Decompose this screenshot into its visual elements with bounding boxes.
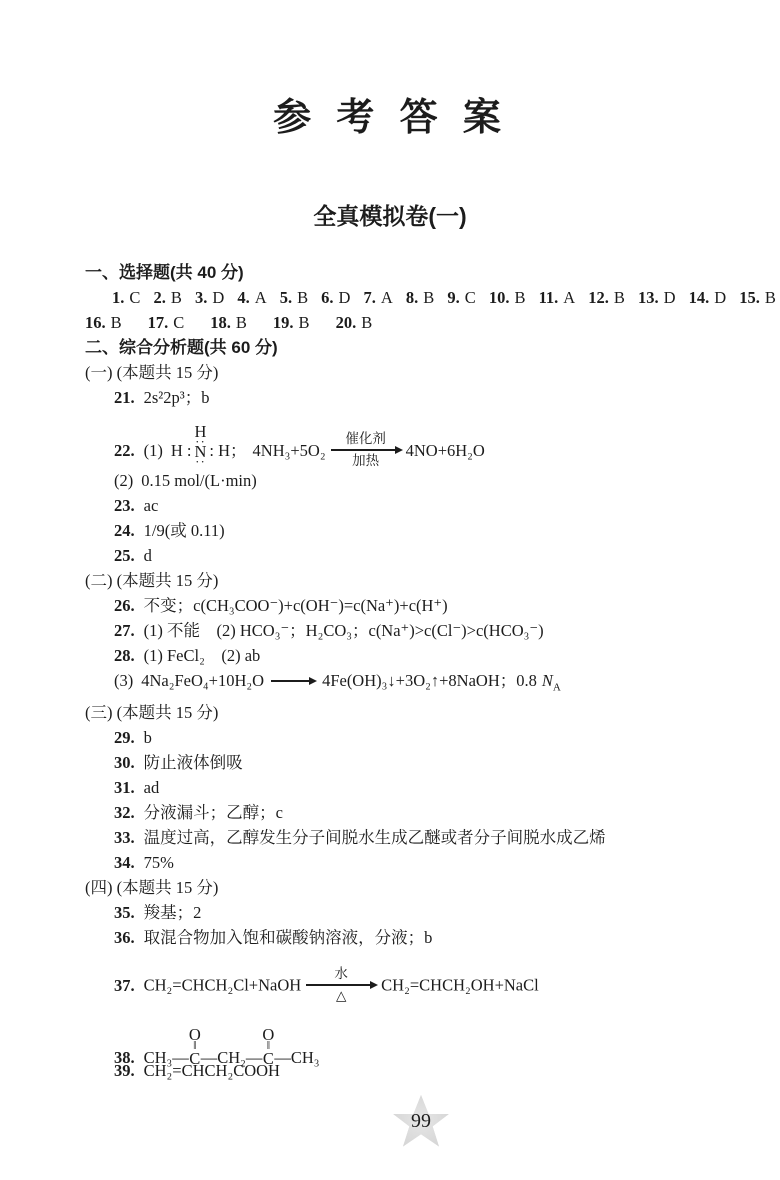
answer-36: 36.取混合物加入饱和碳酸钠溶液，分液；b [85, 925, 776, 950]
mc-number: 15. [739, 288, 760, 307]
answer-text: (1) FeCl₂ (2) ab [144, 646, 261, 665]
sub-question-label: (3) [114, 671, 133, 690]
mc-answer: 1.C [112, 285, 140, 310]
answer-text: 取混合物加入饱和碳酸钠溶液，分液；b [144, 928, 433, 947]
mc-answer: 7.A [364, 285, 393, 310]
answer-text: 分液漏斗；乙醇；c [144, 803, 283, 822]
answer-number: 35. [114, 903, 135, 922]
mc-answer: 12.B [588, 285, 625, 310]
mc-number: 12. [588, 288, 609, 307]
mc-answer: 15.B [739, 285, 776, 310]
mc-letter: D [714, 288, 726, 307]
part-2-heading: (二) (本题共 15 分) [85, 568, 776, 593]
answer-22-1: 22.(1)H :H··N··: H；4NH₃+5O₂催化剂加热4NO+6H₂O [85, 410, 776, 468]
mc-number: 10. [489, 288, 510, 307]
mc-letter: C [173, 313, 184, 332]
answer-text: 温度过高，乙醇发生分子间脱水生成乙醚或者分子间脱水成乙烯 [144, 828, 606, 847]
mc-answer: 4.A [237, 285, 266, 310]
answer-32: 32.分液漏斗；乙醇；c [85, 800, 776, 825]
sub-question-label: (2) [114, 471, 133, 490]
mc-letter: B [614, 288, 625, 307]
answer-28-12: 28.(1) FeCl₂ (2) ab [85, 643, 776, 668]
answer-number: 21. [114, 388, 135, 407]
answer-34: 34.75% [85, 850, 776, 875]
answer-number: 30. [114, 753, 135, 772]
answers-content: 一、选择题(共 40 分) 1.C 2.B 3.D 4.A 5.B 6.D 7.… [85, 260, 776, 1083]
mc-answer: 10.B [489, 285, 526, 310]
part-4-heading: (四) (本题共 15 分) [85, 875, 776, 900]
paper-title: 全真模拟卷(一) [0, 202, 780, 230]
mc-letter: B [171, 288, 182, 307]
mc-answer: 11.A [539, 285, 576, 310]
mc-answers-row-1: 1.C 2.B 3.D 4.A 5.B 6.D 7.A 8.B 9.C 10.B… [85, 285, 776, 310]
mc-letter: A [381, 288, 393, 307]
answer-number: 23. [114, 496, 135, 515]
arrow-above-label: 催化剂 [345, 431, 386, 447]
answer-21: 21.2s²2p³；b [85, 385, 776, 410]
answer-31: 31.ad [85, 775, 776, 800]
mc-number: 5. [280, 288, 292, 307]
answer-text: ac [144, 496, 159, 515]
mc-number: 9. [447, 288, 459, 307]
mc-letter: B [361, 313, 372, 332]
mc-number: 2. [153, 288, 165, 307]
answer-number: 39. [114, 1061, 135, 1080]
mc-letter: B [765, 288, 776, 307]
arrow-shaft [331, 449, 401, 451]
answer-29: 29.b [85, 725, 776, 750]
answer-text: d [144, 546, 152, 565]
mc-number: 19. [273, 313, 294, 332]
equation-left: 4Na₂FeO₄+10H₂O [141, 671, 264, 690]
answer-30: 30.防止液体倒吸 [85, 750, 776, 775]
equation-left: CH₂=CHCH₂Cl+NaOH [144, 976, 302, 995]
mc-answer: 16.B [85, 310, 122, 335]
answer-text: b [144, 728, 152, 747]
mc-number: 6. [321, 288, 333, 307]
arrow-below-label: 加热 [352, 453, 379, 469]
reaction-arrow [271, 680, 315, 682]
mc-letter: A [563, 288, 575, 307]
lewis-structure-nh3: H··N·· [195, 425, 207, 465]
answer-number: 29. [114, 728, 135, 747]
lone-pair-dots: ·· [195, 459, 206, 465]
mc-number: 20. [336, 313, 357, 332]
answer-text: 不变；c(CH₃COO⁻)+c(OH⁻)=c(Na⁺)+c(H⁺) [144, 596, 448, 615]
answer-38: 38.CH₃—O‖C—CH₂—O‖C—CH₃ [85, 1000, 776, 1058]
answer-39: 39.CH₂=CHCH₂COOH [85, 1058, 776, 1083]
mc-number: 14. [689, 288, 710, 307]
reaction-arrow-water: 水△ [306, 966, 376, 1004]
mc-letter: B [236, 313, 247, 332]
equation-right: 4NO+6H₂O [406, 441, 485, 460]
mc-number: 4. [237, 288, 249, 307]
answer-25: 25.d [85, 543, 776, 568]
answer-number: 31. [114, 778, 135, 797]
mc-number: 8. [406, 288, 418, 307]
arrow-shaft [306, 984, 376, 986]
answer-28-3: (3)4Na₂FeO₄+10H₂O4Fe(OH)₃↓+3O₂↑+8NaOH；0.… [85, 668, 776, 700]
mc-answer: 18.B [210, 310, 247, 335]
sub-question-label: (1) [144, 441, 163, 460]
answer-text: 2s²2p³；b [144, 388, 210, 407]
answer-number: 33. [114, 828, 135, 847]
answer-33: 33.温度过高，乙醇发生分子间脱水生成乙醚或者分子间脱水成乙烯 [85, 825, 776, 850]
mc-letter: C [129, 288, 140, 307]
answer-number: 37. [114, 976, 135, 995]
mc-letter: B [111, 313, 122, 332]
section-1-heading: 一、选择题(共 40 分) [85, 260, 776, 285]
arrow-below-label: △ [336, 988, 346, 1004]
answer-26: 26.不变；c(CH₃COO⁻)+c(OH⁻)=c(Na⁺)+c(H⁺) [85, 593, 776, 618]
mc-number: 18. [210, 313, 231, 332]
answer-number: 34. [114, 853, 135, 872]
mc-answers-row-2: 16.B 17.C 18.B 19.B 20.B [85, 310, 776, 335]
equation-right: CH₂=CHCH₂OH+NaCl [381, 976, 539, 995]
answer-number: 32. [114, 803, 135, 822]
lewis-right-h: : H； [209, 441, 246, 460]
mc-answer: 19.B [273, 310, 310, 335]
mc-answer: 6.D [321, 285, 350, 310]
mc-number: 17. [148, 313, 169, 332]
answer-number: 24. [114, 521, 135, 540]
mc-number: 1. [112, 288, 124, 307]
answer-text: 0.15 mol/(L·min) [141, 471, 256, 490]
avogadro-subscript: A [553, 681, 561, 693]
answer-number: 27. [114, 621, 135, 640]
page-title: 参 考 答 案 [0, 92, 780, 142]
avogadro-symbol: N [542, 671, 553, 690]
answer-number: 36. [114, 928, 135, 947]
answer-23: 23.ac [85, 493, 776, 518]
mc-number: 13. [638, 288, 659, 307]
answer-text: (1) 不能 (2) HCO₃⁻；H₂CO₃；c(Na⁺)>c(Cl⁻)>c(H… [144, 621, 544, 640]
answer-35: 35.羧基；2 [85, 900, 776, 925]
answer-text: 防止液体倒吸 [144, 753, 243, 772]
answer-number: 28. [114, 646, 135, 665]
answer-number: 25. [114, 546, 135, 565]
page-number: 99 [411, 1110, 431, 1137]
mc-answer: 5.B [280, 285, 308, 310]
mc-number: 16. [85, 313, 106, 332]
answer-text: 羧基；2 [144, 903, 202, 922]
answer-37: 37.CH₂=CHCH₂Cl+NaOH水△CH₂=CHCH₂OH+NaCl [85, 950, 776, 1000]
lewis-left-h: H : [171, 441, 192, 460]
arrow-above-label: 水 [334, 966, 348, 982]
mc-answer: 14.D [689, 285, 727, 310]
answer-text: 75% [144, 853, 174, 872]
reaction-arrow-catalyst: 催化剂加热 [331, 431, 401, 469]
mc-answer: 3.D [195, 285, 224, 310]
page-number-star: 99 [392, 1095, 450, 1151]
mc-letter: B [423, 288, 434, 307]
answer-number: 22. [114, 441, 135, 460]
part-3-heading: (三) (本题共 15 分) [85, 700, 776, 725]
mc-letter: B [514, 288, 525, 307]
mc-letter: B [299, 313, 310, 332]
mc-letter: D [212, 288, 224, 307]
mc-number: 7. [364, 288, 376, 307]
part-1-heading: (一) (本题共 15 分) [85, 360, 776, 385]
equation-left: 4NH₃+5O₂ [253, 441, 326, 460]
mc-number: 3. [195, 288, 207, 307]
chain-segment: —CH₃ [274, 1048, 319, 1067]
answer-key-page: 参 考 答 案 全真模拟卷(一) 一、选择题(共 40 分) 1.C 2.B 3… [0, 92, 780, 1083]
mc-answer: 20.B [336, 310, 373, 335]
mc-letter: D [664, 288, 676, 307]
mc-letter: A [255, 288, 267, 307]
answer-text: 1/9(或 0.11) [144, 521, 225, 540]
answer-number: 26. [114, 596, 135, 615]
mc-answer: 17.C [148, 310, 185, 335]
answer-24: 24.1/9(或 0.11) [85, 518, 776, 543]
mc-answer: 13.D [638, 285, 676, 310]
answer-text: ad [144, 778, 160, 797]
equation-right: 4Fe(OH)₃↓+3O₂↑+8NaOH；0.8 [322, 671, 537, 690]
answer-27: 27.(1) 不能 (2) HCO₃⁻；H₂CO₃；c(Na⁺)>c(Cl⁻)>… [85, 618, 776, 643]
answer-text: CH₂=CHCH₂COOH [144, 1061, 280, 1080]
mc-letter: C [465, 288, 476, 307]
mc-answer: 9.C [447, 285, 475, 310]
mc-answer: 2.B [153, 285, 181, 310]
mc-letter: B [297, 288, 308, 307]
mc-number: 11. [539, 288, 559, 307]
mc-letter: D [339, 288, 351, 307]
section-2-heading: 二、综合分析题(共 60 分) [85, 335, 776, 360]
mc-answer: 8.B [406, 285, 434, 310]
